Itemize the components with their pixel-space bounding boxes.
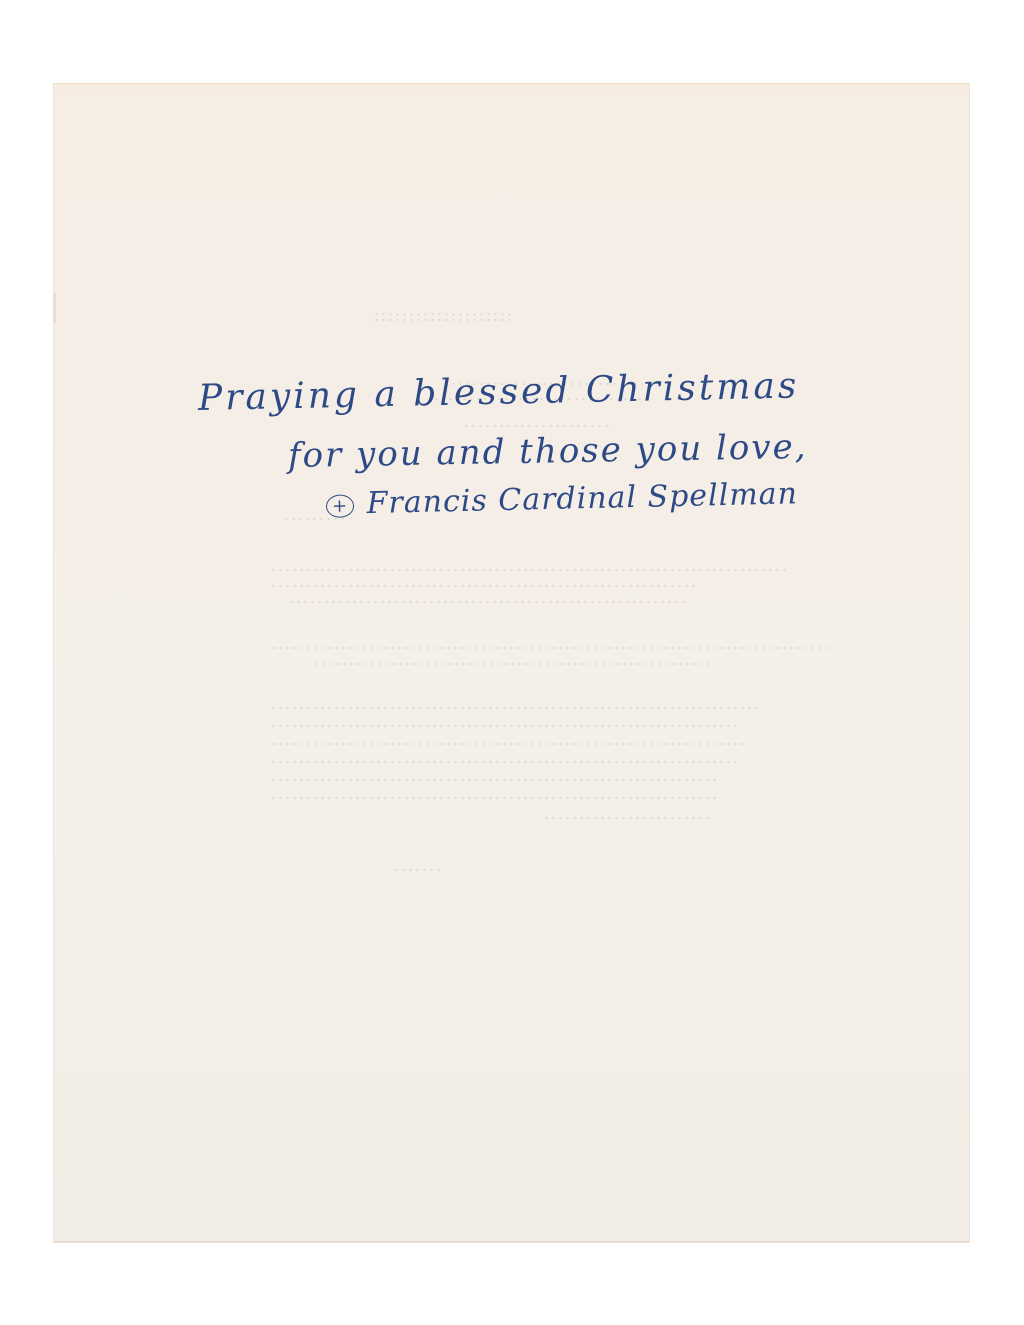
- cross-icon: +: [326, 494, 355, 518]
- paper-edge-mark: [53, 293, 56, 323]
- paper-sheet: [53, 83, 970, 1243]
